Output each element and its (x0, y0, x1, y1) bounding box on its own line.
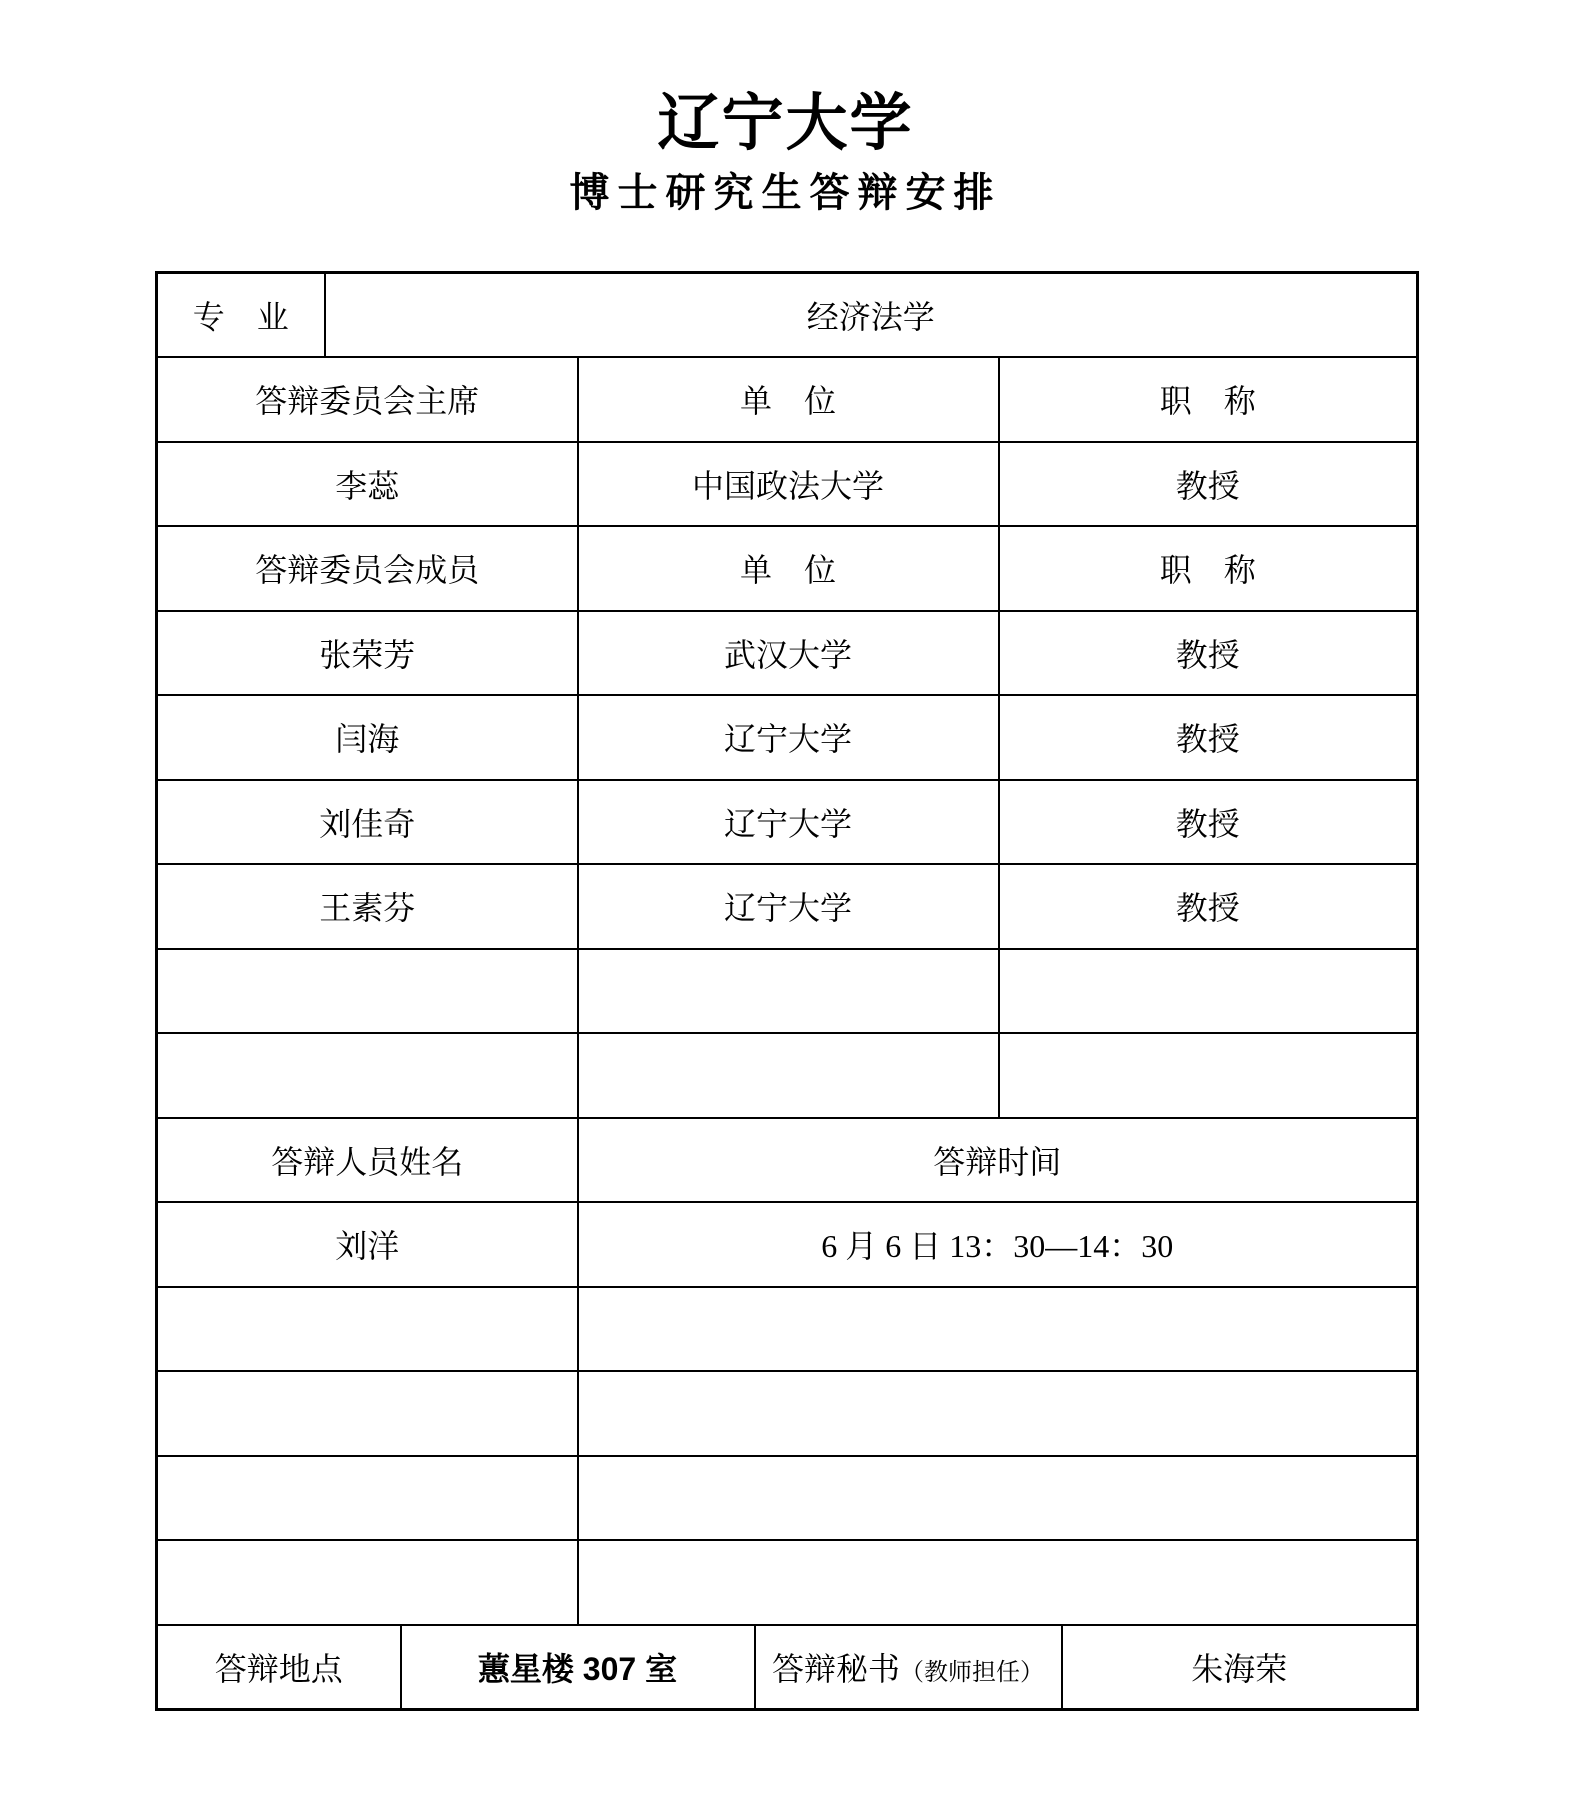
chair-header-row: 答辩委员会主席 单 位 职 称 (157, 357, 1418, 442)
defense-arrangement-table: 专 业 经济法学 答辩委员会主席 单 位 职 称 李蕊 中国政法大学 教授 答辩… (155, 271, 1419, 1711)
member-title-cell: 教授 (999, 780, 1418, 865)
member-title-cell (999, 949, 1418, 1034)
page-title: 辽宁大学 (155, 92, 1416, 156)
defense-header-name-cell: 答辩人员姓名 (157, 1118, 578, 1203)
member-header-name-cell: 答辩委员会成员 (157, 526, 578, 611)
defense-location-label-cell: 答辩地点 (157, 1625, 401, 1710)
defense-row-empty (157, 1456, 1418, 1541)
defense-row-empty (157, 1287, 1418, 1372)
member-row: 王素芬 辽宁大学 教授 (157, 864, 1418, 949)
member-unit-cell (578, 949, 999, 1034)
footer-row: 答辩地点 蕙星楼 307 室 答辩秘书（教师担任） 朱海荣 (157, 1625, 1418, 1710)
member-name-cell (157, 949, 578, 1034)
member-unit-cell: 辽宁大学 (578, 864, 999, 949)
defense-row: 刘洋 6 月 6 日 13：30—14：30 (157, 1202, 1418, 1287)
document-page: 辽宁大学 博士研究生答辩安排 专 业 经济法学 答辩委员会主席 单 位 职 称 … (0, 0, 1587, 1812)
chair-title-cell: 教授 (999, 442, 1418, 527)
member-row: 张荣芳 武汉大学 教授 (157, 611, 1418, 696)
chair-unit-cell: 中国政法大学 (578, 442, 999, 527)
page-subtitle: 博士研究生答辩安排 (155, 172, 1416, 214)
member-header-row: 答辩委员会成员 单 位 职 称 (157, 526, 1418, 611)
major-value-cell: 经济法学 (325, 273, 1418, 358)
member-title-cell: 教授 (999, 864, 1418, 949)
member-title-cell (999, 1033, 1418, 1118)
member-row-empty (157, 949, 1418, 1034)
defense-secretary-label-cell: 答辩秘书（教师担任） (755, 1625, 1062, 1710)
defense-time-cell (578, 1371, 1418, 1456)
defense-name-cell (157, 1287, 578, 1372)
secretary-label-text: 答辩秘书 (772, 1651, 900, 1687)
chair-header-unit-cell: 单 位 (578, 357, 999, 442)
member-title-cell: 教授 (999, 695, 1418, 780)
secretary-label-note: （教师担任） (900, 1660, 1044, 1686)
chair-header-title-cell: 职 称 (999, 357, 1418, 442)
defense-row-empty (157, 1371, 1418, 1456)
chair-name-cell: 李蕊 (157, 442, 578, 527)
defense-secretary-value-cell: 朱海荣 (1062, 1625, 1418, 1710)
member-row: 闫海 辽宁大学 教授 (157, 695, 1418, 780)
defense-time-cell (578, 1540, 1418, 1625)
defense-name-cell (157, 1371, 578, 1456)
member-unit-cell (578, 1033, 999, 1118)
defense-time-cell (578, 1287, 1418, 1372)
member-row: 刘佳奇 辽宁大学 教授 (157, 780, 1418, 865)
member-name-cell: 刘佳奇 (157, 780, 578, 865)
member-name-cell: 张荣芳 (157, 611, 578, 696)
major-row: 专 业 经济法学 (157, 273, 1418, 358)
defense-time-cell (578, 1456, 1418, 1541)
member-name-cell (157, 1033, 578, 1118)
defense-header-time-cell: 答辩时间 (578, 1118, 1418, 1203)
member-row-empty (157, 1033, 1418, 1118)
member-unit-cell: 辽宁大学 (578, 780, 999, 865)
major-label-cell: 专 业 (157, 273, 325, 358)
defense-name-cell (157, 1456, 578, 1541)
member-header-title-cell: 职 称 (999, 526, 1418, 611)
member-name-cell: 王素芬 (157, 864, 578, 949)
defense-header-row: 答辩人员姓名 答辩时间 (157, 1118, 1418, 1203)
chair-row: 李蕊 中国政法大学 教授 (157, 442, 1418, 527)
member-header-unit-cell: 单 位 (578, 526, 999, 611)
defense-name-cell (157, 1540, 578, 1625)
defense-row-empty (157, 1540, 1418, 1625)
member-title-cell: 教授 (999, 611, 1418, 696)
member-unit-cell: 辽宁大学 (578, 695, 999, 780)
defense-location-value-cell: 蕙星楼 307 室 (401, 1625, 755, 1710)
chair-header-name-cell: 答辩委员会主席 (157, 357, 578, 442)
member-unit-cell: 武汉大学 (578, 611, 999, 696)
member-name-cell: 闫海 (157, 695, 578, 780)
defense-time-cell: 6 月 6 日 13：30—14：30 (578, 1202, 1418, 1287)
defense-name-cell: 刘洋 (157, 1202, 578, 1287)
